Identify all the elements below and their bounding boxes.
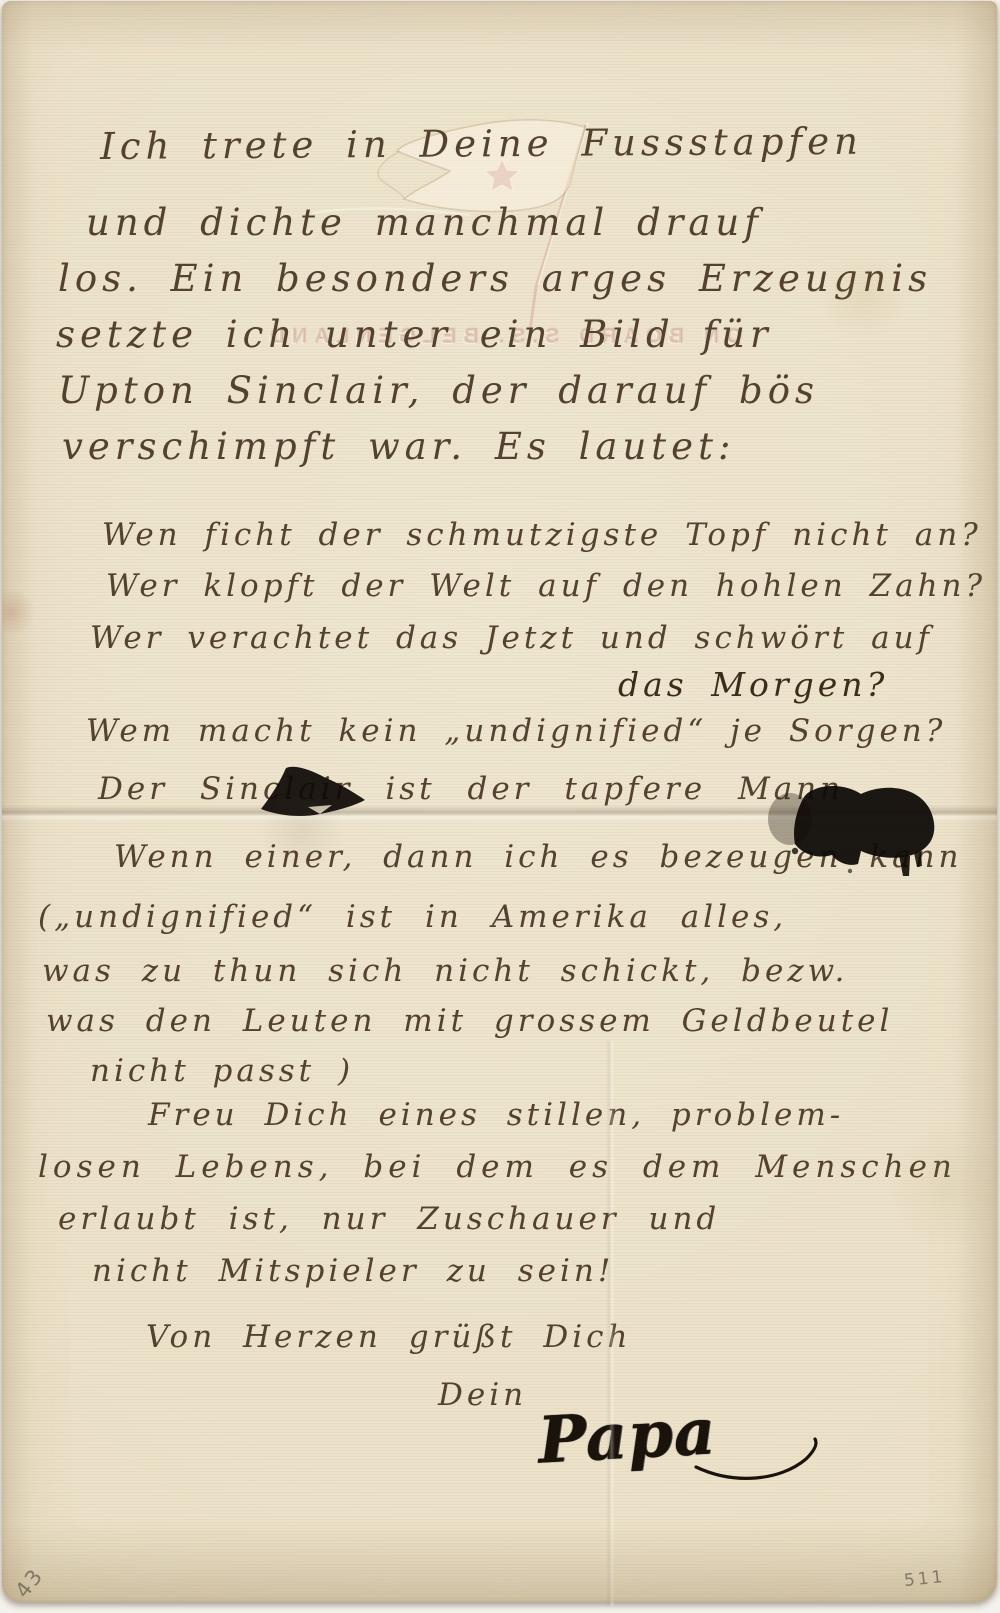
letter-page: ON BOARD S.S. BELGENLAND Ich trete in De… (2, 1, 997, 1602)
poem-line: das Morgen? (618, 665, 888, 704)
vertical-fold-crease (606, 1041, 615, 1606)
horizontal-fold-crease (2, 805, 997, 822)
letter-line: Wenn einer, dann ich es bezeugen kann (114, 839, 963, 875)
letter-line: und dichte manchmal drauf (86, 201, 763, 244)
letter-line: los. Ein besonders arges Erzeugnis (58, 257, 932, 300)
letter-line: losen Lebens, bei dem es dem Menschen (38, 1149, 957, 1185)
poem-line: Wer verachtet das Jetzt und schwört auf (90, 620, 933, 656)
poem-line: Wen ficht der schmutzigste Topf nicht an… (102, 517, 982, 553)
signature: Papa (536, 1394, 718, 1478)
pencil-note-bottom-left: 43 (10, 1564, 48, 1603)
letter-line: was zu thun sich nicht schickt, bezw. (42, 953, 848, 989)
poem-line: Der Sinclair ist der tapfere Mann (98, 771, 844, 807)
letter-line: („undignified“ ist in Amerika alles, (38, 899, 787, 935)
letter-line: Freu Dich eines stillen, problem- (148, 1097, 844, 1133)
letter-line: verschimpft war. Es lautet: (62, 425, 735, 468)
letter-line: nicht Mitspieler zu sein! (92, 1253, 614, 1289)
poem-line: Wer klopft der Welt auf den hohlen Zahn? (106, 568, 986, 604)
letter-line: erlaubt ist, nur Zuschauer und (58, 1201, 720, 1237)
pencil-note-bottom-right: 511 (903, 1567, 946, 1591)
letter-scan: ON BOARD S.S. BELGENLAND Ich trete in De… (0, 0, 1000, 1613)
letter-line: Ich trete in Deine Fussstapfen (100, 120, 863, 168)
letter-line: was den Leuten mit grossem Geldbeutel (46, 1003, 893, 1039)
letter-line: setzte ich unter ein Bild für (56, 313, 773, 356)
poem-line: Wem macht kein „undignified“ je Sorgen? (86, 713, 946, 749)
letter-line: Upton Sinclair, der darauf bös (58, 369, 819, 412)
closing-line: Von Herzen grüßt Dich (146, 1319, 631, 1355)
valediction: Dein (438, 1377, 527, 1413)
letter-line: nicht passt ) (90, 1053, 354, 1089)
